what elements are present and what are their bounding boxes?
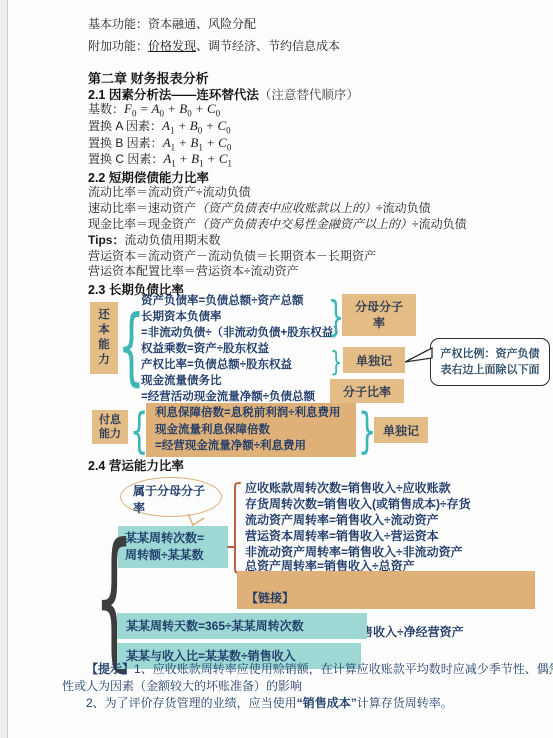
tag-remember-alone-2: 单独记 [374, 417, 428, 443]
tag-numerator-ratio: 分子比率 [330, 379, 404, 403]
var: A [163, 135, 171, 150]
var: F [124, 101, 132, 116]
additional-functions-label: 附加功能： [88, 39, 148, 53]
formula-lt-capital-debt-ratio: 长期资本负债率 [141, 308, 222, 324]
var: B [179, 101, 187, 116]
formula-equity-multiplier: 权益乘数=资产÷股东权益 [141, 340, 269, 356]
formula-debt-asset-ratio: 资产负债率=负债总额÷资产总额 [141, 292, 304, 308]
bubble-denominator-numerator: 属于分母分子 率 [133, 483, 205, 517]
factor-row-base: 基数：F0 = A0 + B0 + C0 [88, 102, 220, 121]
additional-functions-rest: 、调节经济、节约信息成本 [196, 39, 340, 53]
box-interest-formulas: 利息保障倍数=息税前利润÷利息费用 现金流量利息保障倍数 =经营现金流量净额÷利… [146, 403, 356, 457]
formula-quick-ratio: 速动比率＝速动资产（资产负债表中应收账款以上的）÷流动负债 [88, 201, 431, 215]
formula-text: 现金比率＝现金资产 [88, 217, 196, 231]
formula-cashflow-debt-ratio: 现金流量债务比 [141, 372, 222, 388]
price-discovery-underlined: 价格发现 [148, 39, 196, 53]
formula-inventory-turnover: 存货周转次数=销售收入(或销售成本)÷存货 [245, 495, 471, 512]
var: C [207, 101, 216, 116]
op: + [192, 101, 207, 116]
tag-denominator-numerator-rate: 分母分子 率 [342, 294, 416, 336]
section-2-4-heading: 2.4 营运能力比率 [88, 456, 184, 474]
var: B [190, 118, 198, 133]
line-additional-functions: 附加功能：价格发现、调节经济、节约信息成本 [88, 39, 340, 53]
section-2-1-note: （注意替代顺序） [259, 88, 359, 102]
factor-label: 置换 A 因素： [88, 119, 162, 133]
formula-working-capital: 营运资本＝流动资产－流动负债＝长期资本－长期资产 [88, 249, 376, 263]
formula-paren: （资产负债表中交易性金融资产以上的） [196, 217, 412, 231]
var: C [217, 118, 226, 133]
box-turnover-days: 某某周转天数=365÷某某周转次数 [117, 613, 367, 639]
formula-text: 速动比率＝速动资产 [88, 201, 196, 215]
hint-line-1: 【提示】1、应收账款周转率应使用赊销额，在计算应收账款平均数时应减少季节性、偶然 [86, 660, 553, 677]
op: = [136, 101, 151, 116]
hint-line-2: 性或人为因素（金额较大的坏账准备）的影响 [62, 677, 302, 694]
op: + [203, 135, 218, 150]
link-title: 【链接】 [246, 590, 535, 607]
formula-lt-capital-debt-ratio-2: =非流动负债÷（非流动负债+股东权益） [141, 324, 345, 340]
box-turnover-times: 某某周转次数= 周转额÷某某数 [118, 526, 228, 568]
section-2-1-title: 2.1 因素分析法——连环替代法 [88, 88, 259, 102]
op: + [204, 151, 219, 166]
bracket-brown-icon [224, 481, 242, 577]
hint-emphasis: “销售成本” [297, 696, 357, 710]
teal-brace-close-icon: } [330, 348, 342, 376]
tag-remember-alone: 单独记 [343, 347, 405, 373]
basic-functions-text: 基本功能：资本融通、风险分配 [88, 17, 256, 31]
factor-label: 基数： [88, 102, 124, 116]
tips-text: 流动负债用期末数 [124, 233, 220, 247]
var: B [191, 151, 199, 166]
hint-text: 1、应收账款周转率应使用赊销额，在计算应收账款平均数时应减少季节性、偶然 [134, 662, 553, 676]
hint-text: 2、为了评价存货管理的业绩，应当使用 [86, 696, 297, 710]
hint-label: 【提示】 [86, 662, 134, 676]
sub: 1 [227, 159, 232, 169]
tips-label: Tips： [88, 233, 124, 247]
formula-receivables-turnover: 应收账款周转次数=销售收入÷应收账款 [245, 479, 451, 496]
line-basic-functions: 基本功能：资本融通、风险分配 [88, 17, 256, 31]
formula-current-asset-turnover: 流动资产周转率=销售收入÷流动资产 [245, 511, 439, 528]
op: + [175, 135, 190, 150]
factor-label: 置换 C 因素： [88, 152, 163, 166]
formula-current-ratio: 流动比率＝流动资产÷流动负债 [88, 185, 251, 199]
op: + [176, 151, 191, 166]
formula-working-capital-turnover: 营运资本周转率=销售收入÷营运资本 [245, 527, 439, 544]
var: A [162, 118, 170, 133]
callout-tail-icon [405, 347, 433, 365]
formula-cashflow-debt-ratio-2: =经营活动现金流量净额÷负债总额 [141, 388, 315, 404]
factor-label: 置换 B 因素： [88, 136, 163, 150]
var: C [218, 135, 227, 150]
formula-paren: （资产负债表中应收账款以上的） [196, 201, 376, 215]
op: + [202, 118, 217, 133]
box-repayment-ability: 还 本 能 力 [90, 302, 118, 374]
box-link: 【链接】 净经营资产周转率=销售收入÷净经营资产 [237, 571, 535, 609]
formula-cash-ratio: 现金比率＝现金资产（资产负债表中交易性金融资产以上的）÷流动负债 [88, 217, 467, 231]
hint-text: 计算存货周转率。 [357, 696, 453, 710]
formula-equity-ratio: 产权比率=负债总额÷股东权益 [141, 356, 292, 372]
tips-line: Tips：流动负债用期末数 [88, 233, 220, 247]
formula-text: ÷流动负债 [412, 217, 467, 231]
callout-equity-ratio: 产权比例：资产负债 表右边上面除以下面 [430, 338, 550, 386]
notes-page: 基本功能：资本融通、风险分配 附加功能：价格发现、调节经济、节约信息成本 第二章… [0, 0, 553, 738]
box-interest-ability: 付息 能力 [92, 410, 128, 444]
hint-line-3: 2、为了评价存货管理的业绩，应当使用“销售成本”计算存货周转率。 [86, 694, 453, 711]
formula-wc-allocation: 营运资本配置比率＝营运资本÷流动资产 [88, 264, 299, 278]
page-scan-edge [0, 0, 8, 738]
formula-text: ÷流动负债 [376, 201, 431, 215]
section-2-2-heading: 2.2 短期偿债能力比率 [88, 168, 209, 186]
op: + [174, 118, 189, 133]
op: + [164, 101, 179, 116]
